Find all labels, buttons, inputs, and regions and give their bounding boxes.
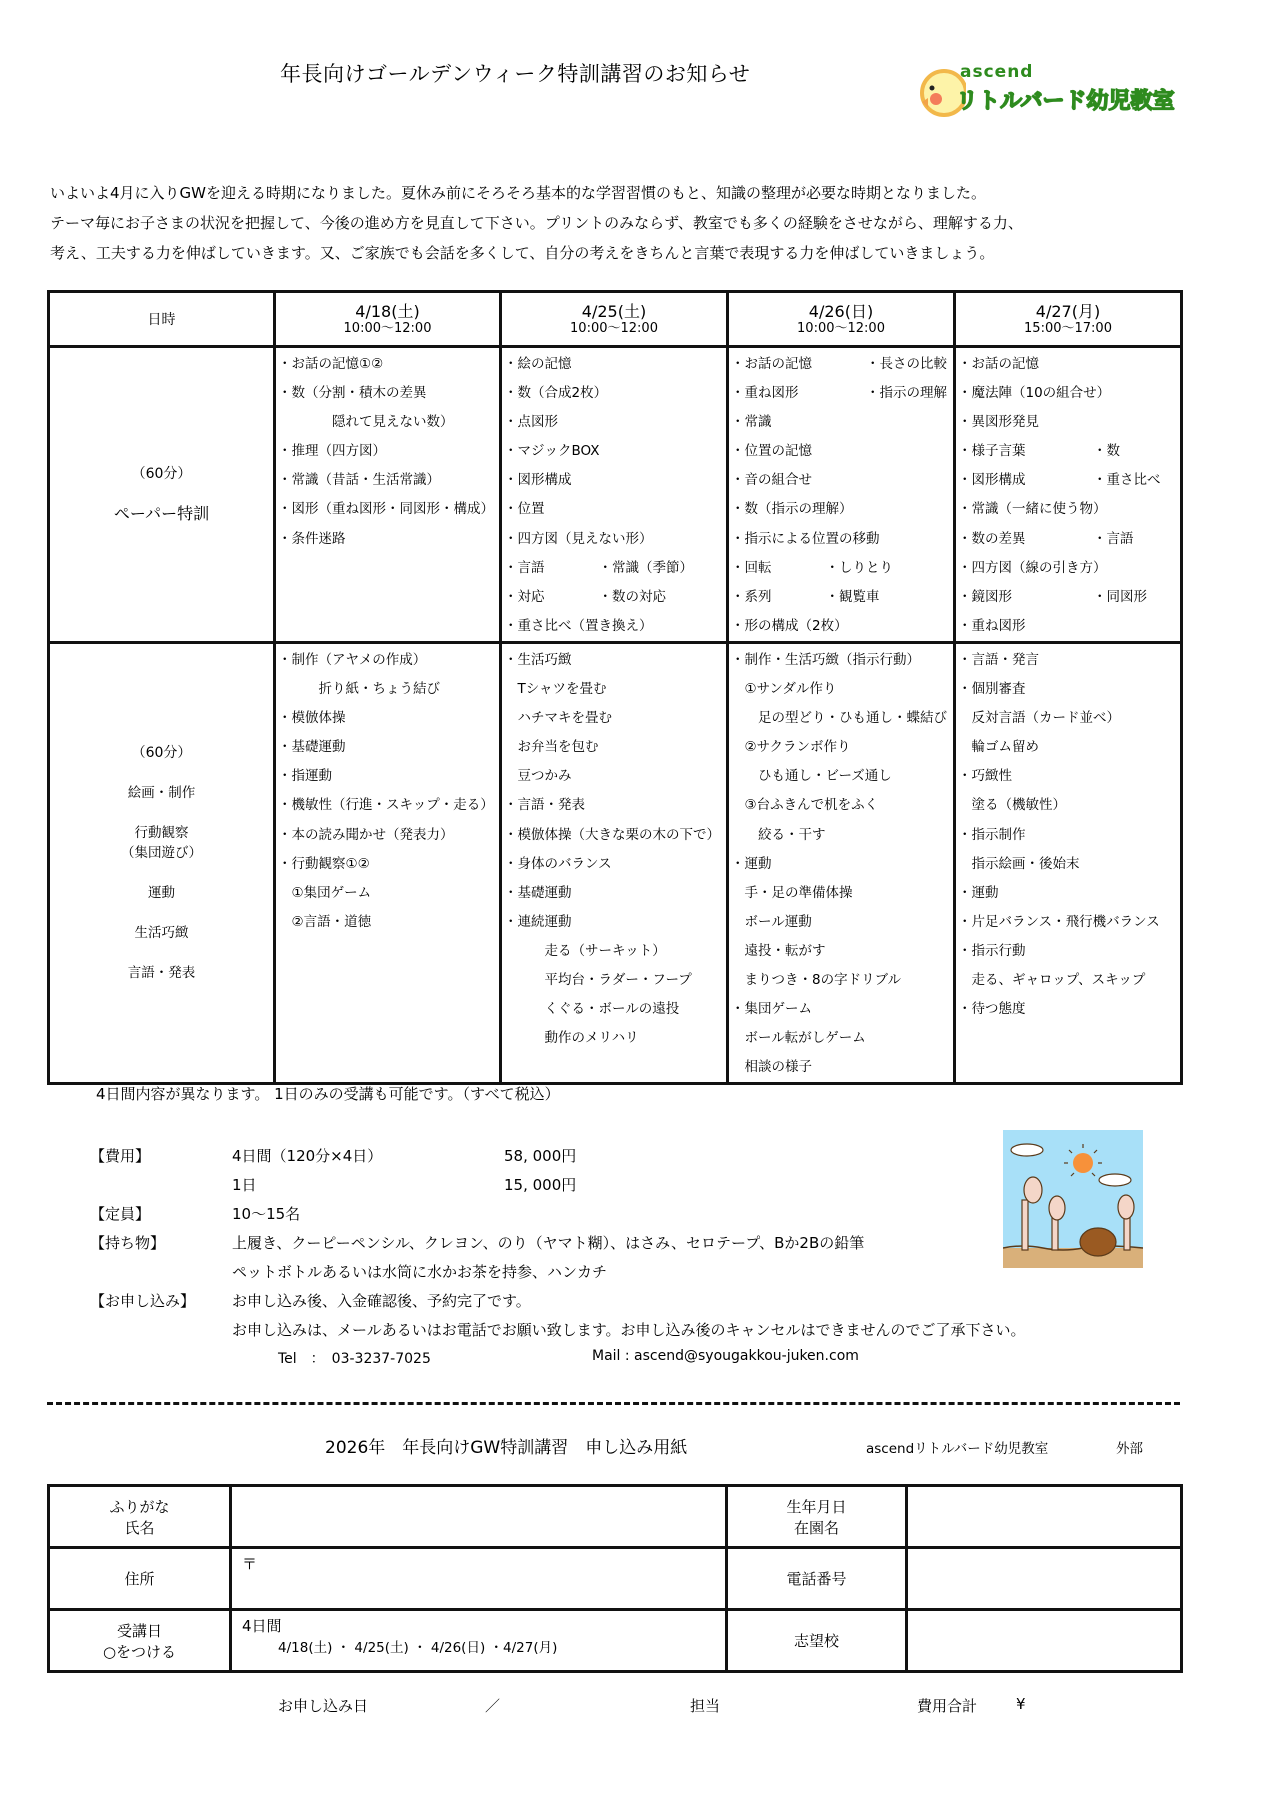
items-label: 【持ち物】 xyxy=(90,1232,165,1253)
school-logo: ascend リトルバード幼児教室 xyxy=(918,62,1180,120)
list-item: 足の型どり・ひも通し・蝶結び xyxy=(731,704,953,733)
list-item: ・指示制作 xyxy=(958,821,1180,850)
list-item: ・制作（アヤメの作成） xyxy=(278,646,499,675)
list-item: ・鏡図形 ・同図形 xyxy=(958,583,1180,612)
activity-day-4: ・言語・発言・個別審査 反対言語（カード並べ） 輪ゴム留め・巧緻性 塗る（機敏性… xyxy=(955,642,1182,1083)
intro-line: テーマ毎にお子さまの状況を把握して、今後の進め方を見直して下さい。プリントのみな… xyxy=(50,208,1023,238)
list-item: ・数の差異 ・言語 xyxy=(958,525,1180,554)
sun-horsetail-mole-icon xyxy=(1003,1130,1143,1268)
list-item: ハチマキを畳む xyxy=(504,704,726,733)
paper-row: （60分） ペーパー特訓 ・お話の記憶①②・数（分割・積木の差異 隠れて見えない… xyxy=(49,347,1182,643)
tel: Tel ： 03-3237-7025 xyxy=(278,1348,431,1368)
list-item: 走る（サーキット） xyxy=(504,937,726,966)
list-item: ・お話の記憶①② xyxy=(278,350,499,379)
items-value: ペットボトルあるいは水筒に水かお茶を持参、ハンカチ xyxy=(232,1261,607,1282)
form-row-address: 住所 〒 電話番号 xyxy=(49,1548,1182,1610)
list-item: 平均台・ラダー・フープ xyxy=(504,966,726,995)
list-item: 相談の様子 xyxy=(731,1053,953,1082)
list-item: ・言語・発言 xyxy=(958,646,1180,675)
list-item: ・マジックBOX xyxy=(504,437,726,466)
address-field[interactable]: 〒 xyxy=(231,1548,727,1610)
list-item: ・図形構成 ・重さ比べ xyxy=(958,466,1180,495)
list-item: 走る、ギャロップ、スキップ xyxy=(958,966,1180,995)
list-item: ・数（合成2枚） xyxy=(504,379,726,408)
yen-sign: ¥ xyxy=(1016,1695,1026,1713)
form-department: 外部 xyxy=(1116,1437,1143,1457)
list-item: ひも通し・ビーズ通し xyxy=(731,762,953,791)
list-item: ・本の読み聞かせ（発表力） xyxy=(278,821,499,850)
list-item: ・重ね図形 xyxy=(958,612,1180,641)
list-item: ・常識（一緒に使う物） xyxy=(958,495,1180,524)
list-item: ・基礎運動 xyxy=(278,733,499,762)
cut-line xyxy=(47,1402,1180,1405)
desired-school-field[interactable] xyxy=(907,1610,1182,1672)
label-desired-school: 志望校 xyxy=(727,1610,907,1672)
logo-ascend-text: ascend xyxy=(960,62,1033,82)
list-item: ・機敏性（行進・スキップ・走る） xyxy=(278,791,499,820)
fee-amount: 15, 000円 xyxy=(504,1174,576,1195)
list-item: ②言語・道徳 xyxy=(278,908,499,937)
intro-paragraph: いよいよ4月に入りGWを迎える時期になりました。夏休み前にそろそろ基本的な学習習… xyxy=(50,178,1023,268)
fee-amount: 58, 000円 xyxy=(504,1145,576,1166)
list-item: 豆つかみ xyxy=(504,762,726,791)
mail-link[interactable]: Mail : ascend@syougakkou-juken.com xyxy=(592,1348,859,1364)
list-item: 輪ゴム留め xyxy=(958,733,1180,762)
label-furigana-name: ふりがな氏名 xyxy=(49,1486,231,1548)
schedule-note: 4日間内容が異なります。 1日のみの受講も可能です。（すべて税込） xyxy=(96,1083,560,1104)
list-item: ・お話の記憶 ・長さの比較 xyxy=(731,350,953,379)
header-day-4: 4/27(月)15:00〜17:00 xyxy=(955,292,1182,347)
list-item: ・常識（昔話・生活常識） xyxy=(278,466,499,495)
fee-desc: 1日 xyxy=(232,1174,257,1195)
list-item: ・待つ態度 xyxy=(958,995,1180,1024)
list-item: ・様子言葉 ・数 xyxy=(958,437,1180,466)
application-date-label: お申し込み日 xyxy=(278,1695,368,1716)
activity-category: （60分） 絵画・制作 行動観察 （集団遊び） 運動 生活巧緻 言語・発表 xyxy=(49,642,275,1083)
label-phone: 電話番号 xyxy=(727,1548,907,1610)
list-item: ・音の組合せ xyxy=(731,466,953,495)
intro-line: 考え、工夫する力を伸ばしていきます。又、ご家族でも会話を多くして、自分の考えをき… xyxy=(50,238,1023,268)
list-item: ①サンダル作り xyxy=(731,675,953,704)
illustration xyxy=(1003,1130,1143,1268)
schedule-header-row: 日時 4/18(土)10:00〜12:00 4/25(土)10:00〜12:00… xyxy=(49,292,1182,347)
capacity-label: 【定員】 xyxy=(90,1203,150,1224)
list-item: ・常識 xyxy=(731,408,953,437)
form-title: 2026年 年長向けGW特訓講習 申し込み用紙 xyxy=(325,1433,687,1458)
fee-label: 【費用】 xyxy=(90,1145,150,1166)
list-item: ・数（分割・積木の差異 xyxy=(278,379,499,408)
list-item: ・指運動 xyxy=(278,762,499,791)
capacity-value: 10〜15名 xyxy=(232,1203,300,1224)
form-organization: ascendリトルバード幼児教室 xyxy=(866,1437,1048,1457)
header-datetime: 日時 xyxy=(49,292,275,347)
logo-school-name: リトルバード幼児教室 xyxy=(956,84,1174,115)
apply-value: お申し込みは、メールあるいはお電話でお願い致します。お申し込み後のキャンセルはで… xyxy=(232,1319,1026,1340)
staff-label: 担当 xyxy=(690,1695,720,1716)
list-item: ③台ふきんで机をふく xyxy=(731,791,953,820)
header-day-2: 4/25(土)10:00〜12:00 xyxy=(501,292,728,347)
activity-day-2: ・生活巧緻 Tシャツを畳む ハチマキを畳む お弁当を包む 豆つかみ・言語・発表・… xyxy=(501,642,728,1083)
activity-day-3: ・制作・生活巧緻（指示行動） ①サンダル作り 足の型どり・ひも通し・蝶結び ②サ… xyxy=(728,642,955,1083)
list-item: ・数（指示の理解） xyxy=(731,495,953,524)
list-item: 絞る・干す xyxy=(731,821,953,850)
form-row-name: ふりがな氏名 生年月日在園名 xyxy=(49,1486,1182,1548)
header-day-3: 4/26(日)10:00〜12:00 xyxy=(728,292,955,347)
form-row-dates: 受講日○をつける 4日間 4/18(土) ・ 4/25(土) ・ 4/26(日)… xyxy=(49,1610,1182,1672)
list-item: ②サクランボ作り xyxy=(731,733,953,762)
list-item: ・指示による位置の移動 xyxy=(731,525,953,554)
application-date-separator: ／ xyxy=(485,1695,500,1716)
list-item: ・指示行動 xyxy=(958,937,1180,966)
list-item: ・点図形 xyxy=(504,408,726,437)
list-item: ・基礎運動 xyxy=(504,879,726,908)
list-item: 動作のメリハリ xyxy=(504,1024,726,1053)
list-item: ・模倣体操 xyxy=(278,704,499,733)
list-item: ・図形（重ね図形・同図形・構成） xyxy=(278,495,499,524)
birthdate-kindergarten-field[interactable] xyxy=(907,1486,1182,1548)
list-item: ・行動観察①② xyxy=(278,850,499,879)
list-item: お弁当を包む xyxy=(504,733,726,762)
list-item: まりつき・8の字ドリブル xyxy=(731,966,953,995)
list-item: ・身体のバランス xyxy=(504,850,726,879)
list-item: ・運動 xyxy=(958,879,1180,908)
list-item: 手・足の準備体操 xyxy=(731,879,953,908)
page-title: 年長向けゴールデンウィーク特訓講習のお知らせ xyxy=(280,58,750,88)
label-address: 住所 xyxy=(49,1548,231,1610)
list-item: ・個別審査 xyxy=(958,675,1180,704)
list-item: ・形の構成（2枚） xyxy=(731,612,953,641)
label-birthdate-school: 生年月日在園名 xyxy=(727,1486,907,1548)
list-item: ・回転 ・しりとり xyxy=(731,554,953,583)
list-item: ・片足バランス・飛行機バランス xyxy=(958,908,1180,937)
list-item: ・言語 ・常識（季節） xyxy=(504,554,726,583)
list-item: ・四方図（見えない形） xyxy=(504,525,726,554)
list-item: ・模倣体操（大きな栗の木の下で） xyxy=(504,821,726,850)
list-item: ・異図形発見 xyxy=(958,408,1180,437)
paper-day-3: ・お話の記憶 ・長さの比較・重ね図形 ・指示の理解・常識・位置の記憶・音の組合せ… xyxy=(728,347,955,643)
paper-category: （60分） ペーパー特訓 xyxy=(49,347,275,643)
label-attendance-dates: 受講日○をつける xyxy=(49,1610,231,1672)
schedule-table: 日時 4/18(土)10:00〜12:00 4/25(土)10:00〜12:00… xyxy=(47,290,1183,1085)
list-item: ・重ね図形 ・指示の理解 xyxy=(731,379,953,408)
activity-day-1: ・制作（アヤメの作成） 折り紙・ちょう結び・模倣体操・基礎運動・指運動・機敏性（… xyxy=(275,642,501,1083)
list-item: ・お話の記憶 xyxy=(958,350,1180,379)
list-item: 反対言語（カード並べ） xyxy=(958,704,1180,733)
total-fee-label: 費用合計 xyxy=(917,1695,977,1716)
activity-row: （60分） 絵画・制作 行動観察 （集団遊び） 運動 生活巧緻 言語・発表 ・制… xyxy=(49,642,1182,1083)
list-item: くぐる・ボールの遠投 xyxy=(504,995,726,1024)
list-item: ・対応 ・数の対応 xyxy=(504,583,726,612)
list-item: ・魔法陣（10の組合せ） xyxy=(958,379,1180,408)
apply-value: お申し込み後、入金確認後、予約完了です。 xyxy=(232,1290,531,1311)
list-item: ・絵の記憶 xyxy=(504,350,726,379)
items-value: 上履き、クーピーペンシル、クレヨン、のり（ヤマト糊）、はさみ、セロテープ、Bか2… xyxy=(232,1232,864,1253)
intro-line: いよいよ4月に入りGWを迎える時期になりました。夏休み前にそろそろ基本的な学習習… xyxy=(50,178,1023,208)
list-item: ・条件迷路 xyxy=(278,525,499,554)
paper-day-4: ・お話の記憶・魔法陣（10の組合せ）・異図形発見・様子言葉 ・数・図形構成 ・重… xyxy=(955,347,1182,643)
apply-label: 【お申し込み】 xyxy=(90,1290,195,1311)
list-item: ・生活巧緻 xyxy=(504,646,726,675)
list-item: ・系列 ・観覧車 xyxy=(731,583,953,612)
list-item: ・位置 xyxy=(504,495,726,524)
list-item: 指示絵画・後始末 xyxy=(958,850,1180,879)
attendance-dates-field[interactable]: 4日間 4/18(土) ・ 4/25(土) ・ 4/26(日) ・4/27(月) xyxy=(231,1610,727,1672)
phone-field[interactable] xyxy=(907,1548,1182,1610)
paper-day-1: ・お話の記憶①②・数（分割・積木の差異 隠れて見えない数）・推理（四方図）・常識… xyxy=(275,347,501,643)
list-item: ・言語・発表 xyxy=(504,791,726,820)
list-item: ・巧緻性 xyxy=(958,762,1180,791)
list-item: 隠れて見えない数） xyxy=(278,408,499,437)
header-day-1: 4/18(土)10:00〜12:00 xyxy=(275,292,501,347)
list-item: ・重さ比べ（置き換え） xyxy=(504,612,726,641)
list-item: ・連続運動 xyxy=(504,908,726,937)
name-field[interactable] xyxy=(231,1486,727,1548)
list-item: ボール運動 xyxy=(731,908,953,937)
list-item: ・推理（四方図） xyxy=(278,437,499,466)
list-item: 折り紙・ちょう結び xyxy=(278,675,499,704)
list-item: ボール転がしゲーム xyxy=(731,1024,953,1053)
application-form: ふりがな氏名 生年月日在園名 住所 〒 電話番号 受講日○をつける 4日間 4/… xyxy=(47,1484,1183,1673)
list-item: ・集団ゲーム xyxy=(731,995,953,1024)
list-item: ・制作・生活巧緻（指示行動） xyxy=(731,646,953,675)
paper-day-2: ・絵の記憶・数（合成2枚）・点図形・マジックBOX・図形構成・位置・四方図（見え… xyxy=(501,347,728,643)
list-item: ・四方図（線の引き方） xyxy=(958,554,1180,583)
list-item: ・図形構成 xyxy=(504,466,726,495)
list-item: 遠投・転がす xyxy=(731,937,953,966)
list-item: 塗る（機敏性） xyxy=(958,791,1180,820)
list-item: Tシャツを畳む xyxy=(504,675,726,704)
list-item: ①集団ゲーム xyxy=(278,879,499,908)
list-item: ・位置の記憶 xyxy=(731,437,953,466)
list-item: ・運動 xyxy=(731,850,953,879)
fee-desc: 4日間（120分×4日） xyxy=(232,1145,382,1166)
